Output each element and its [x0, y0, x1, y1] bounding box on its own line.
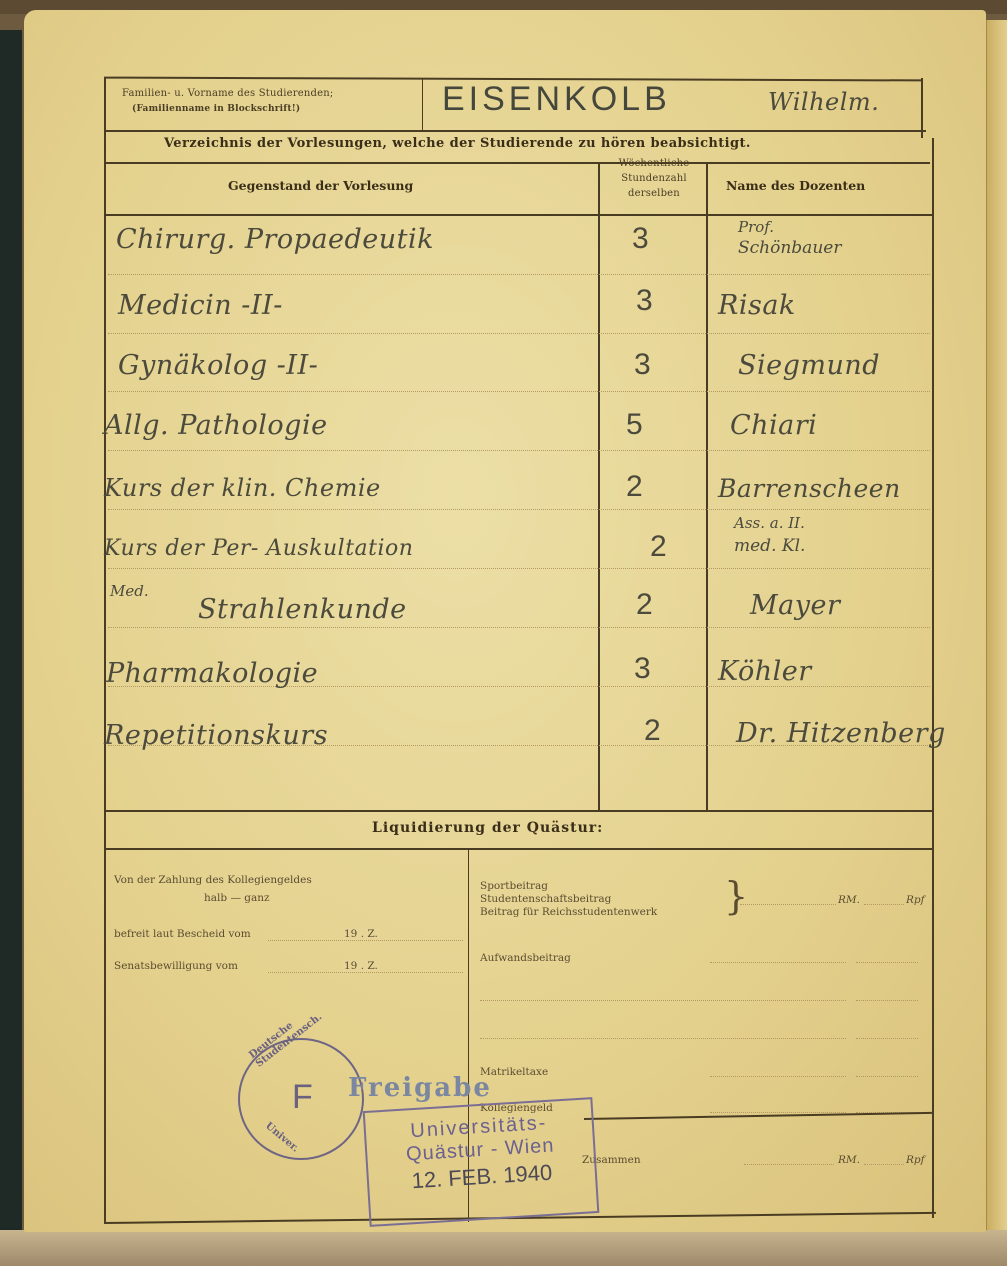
lecture-hours: 3 [634, 348, 651, 382]
date-line [268, 972, 463, 973]
lecture-hours: 3 [634, 652, 651, 686]
row-guide [108, 450, 930, 451]
amount-line [480, 1000, 846, 1001]
fee-reichsstudentenwerk: Beitrag für Reichsstudentenwerk [480, 906, 657, 918]
lecture-subject: Chirurg. Propaedeutik [116, 224, 434, 255]
book-binding [0, 30, 22, 1230]
name-label-line2: (Familienname in Blockschrift!) [132, 104, 300, 114]
amount-line [856, 962, 918, 963]
col-header-subject: Gegenstand der Vorlesung [228, 178, 413, 193]
quaestur-title-bottom [104, 848, 934, 850]
lecture-subject: Allg. Pathologie [104, 410, 328, 441]
quaestur-title: Liquidierung der Quästur: [372, 820, 603, 836]
exemption-line1: Von der Zahlung des Kollegiengeldes [114, 874, 312, 886]
amount-line [710, 1076, 846, 1077]
lecture-hours: 2 [650, 530, 667, 564]
col-divider-2 [706, 162, 708, 810]
lecture-subject: Medicin -II- [118, 290, 283, 321]
surname: EISENKOLB [442, 80, 671, 119]
amount-line [856, 1000, 918, 1001]
lecturer-line1: Ass. a. II. [734, 514, 805, 532]
lecture-subject: Repetitionskurs [104, 720, 328, 751]
brace: } [724, 874, 748, 918]
row-guide [108, 568, 930, 569]
form-border-right-top [921, 78, 923, 138]
col-divider-1 [598, 162, 600, 810]
lecturer-name: Barrenscheen [718, 474, 901, 503]
row-guide [108, 274, 930, 275]
lecture-hours: 2 [626, 470, 643, 504]
senat-label: Senatsbewilligung vom [114, 960, 238, 972]
lectures-title: Verzeichnis der Vorlesungen, welche der … [164, 136, 751, 151]
round-stamp-letter: F [292, 1078, 313, 1117]
lecture-subject-prefix: Med. [110, 582, 149, 600]
row-guide [108, 509, 930, 510]
lecture-hours: 2 [636, 588, 653, 622]
lectures-bottom [104, 810, 934, 812]
name-label-line1: Familien- u. Vorname des Studierenden; [122, 88, 333, 99]
lecture-subject: Kurs der klin. Chemie [104, 474, 381, 502]
lecture-hours: 3 [632, 222, 649, 256]
lecture-hours: 5 [626, 408, 643, 442]
lecture-hours: 2 [644, 714, 661, 748]
amount-line [864, 904, 904, 905]
bescheid-label: befreit laut Bescheid vom [114, 928, 251, 940]
lecturer-name: Schönbauer [738, 238, 841, 258]
col-header-hours-2: Stundenzahl [604, 173, 704, 184]
given-name: Wilhelm. [768, 88, 879, 116]
currency-rpf: Rpf [906, 894, 925, 906]
fee-studentenschaft: Studentenschaftsbeitrag [480, 893, 611, 905]
sum-line [584, 1112, 932, 1120]
name-divider [422, 78, 423, 130]
lecture-subject: Pharmakologie [106, 658, 318, 689]
row-guide [108, 391, 930, 392]
lecture-hours: 3 [636, 284, 653, 318]
senat-date: 19 . Z. [342, 960, 380, 972]
bescheid-date: 19 . Z. [342, 928, 380, 940]
aufwand-label: Aufwandsbeitrag [480, 952, 571, 964]
round-stamp-ring-bottom: Univer. [263, 1120, 301, 1154]
amount-line [856, 1076, 918, 1077]
lecturer-name: Risak [718, 290, 796, 321]
form-border-left [104, 78, 106, 1224]
title-row-bottom [104, 162, 930, 164]
amount-line [856, 1038, 918, 1039]
amount-line [744, 1164, 834, 1165]
lecturer-name: Mayer [750, 590, 840, 621]
amount-line [710, 962, 846, 963]
header-row-bottom [104, 214, 932, 216]
col-header-hours-3: derselben [604, 188, 704, 199]
lecture-subject: Kurs der Per- Auskultation [104, 536, 413, 561]
row-guide [108, 333, 930, 334]
lecturer-name: Chiari [730, 410, 817, 441]
date-line [268, 940, 463, 941]
amount-line [740, 904, 836, 905]
lecturer-line2: med. Kl. [734, 536, 805, 556]
lecture-subject: Strahlenkunde [198, 594, 407, 625]
amount-line [864, 1164, 904, 1165]
total-currency-rpf: Rpf [906, 1154, 925, 1166]
fee-sport: Sportbeitrag [480, 880, 548, 892]
book-bottom-edge [0, 1230, 1007, 1266]
col-header-lecturer: Name des Dozenten [726, 178, 865, 193]
exemption-line2: halb — ganz [204, 892, 270, 904]
lecturer-name: Siegmund [738, 350, 880, 381]
freigabe-stamp: Freigabe [348, 1073, 492, 1103]
quaestur-date-stamp: Universitäts- Quästur - Wien 12. FEB. 19… [363, 1097, 600, 1227]
col-header-hours-1: Wöchentliche [604, 158, 704, 169]
form-border-right [932, 138, 934, 1218]
lecturer-name: Köhler [718, 656, 812, 687]
row-guide [108, 627, 930, 628]
enrollment-form: Familien- u. Vorname des Studierenden; (… [104, 78, 936, 1224]
lecturer-name: Dr. Hitzenberg [736, 718, 946, 749]
name-row-bottom [104, 130, 926, 132]
next-page-edge [986, 20, 1007, 1230]
currency-rm: RM. [838, 894, 860, 906]
round-stamp: Deutsche Studentensch. F Univer. [238, 1038, 364, 1160]
amount-line [480, 1038, 846, 1039]
total-currency-rm: RM. [838, 1154, 860, 1166]
lecturer-title: Prof. [738, 218, 774, 236]
lecture-subject: Gynäkolog -II- [118, 350, 318, 381]
